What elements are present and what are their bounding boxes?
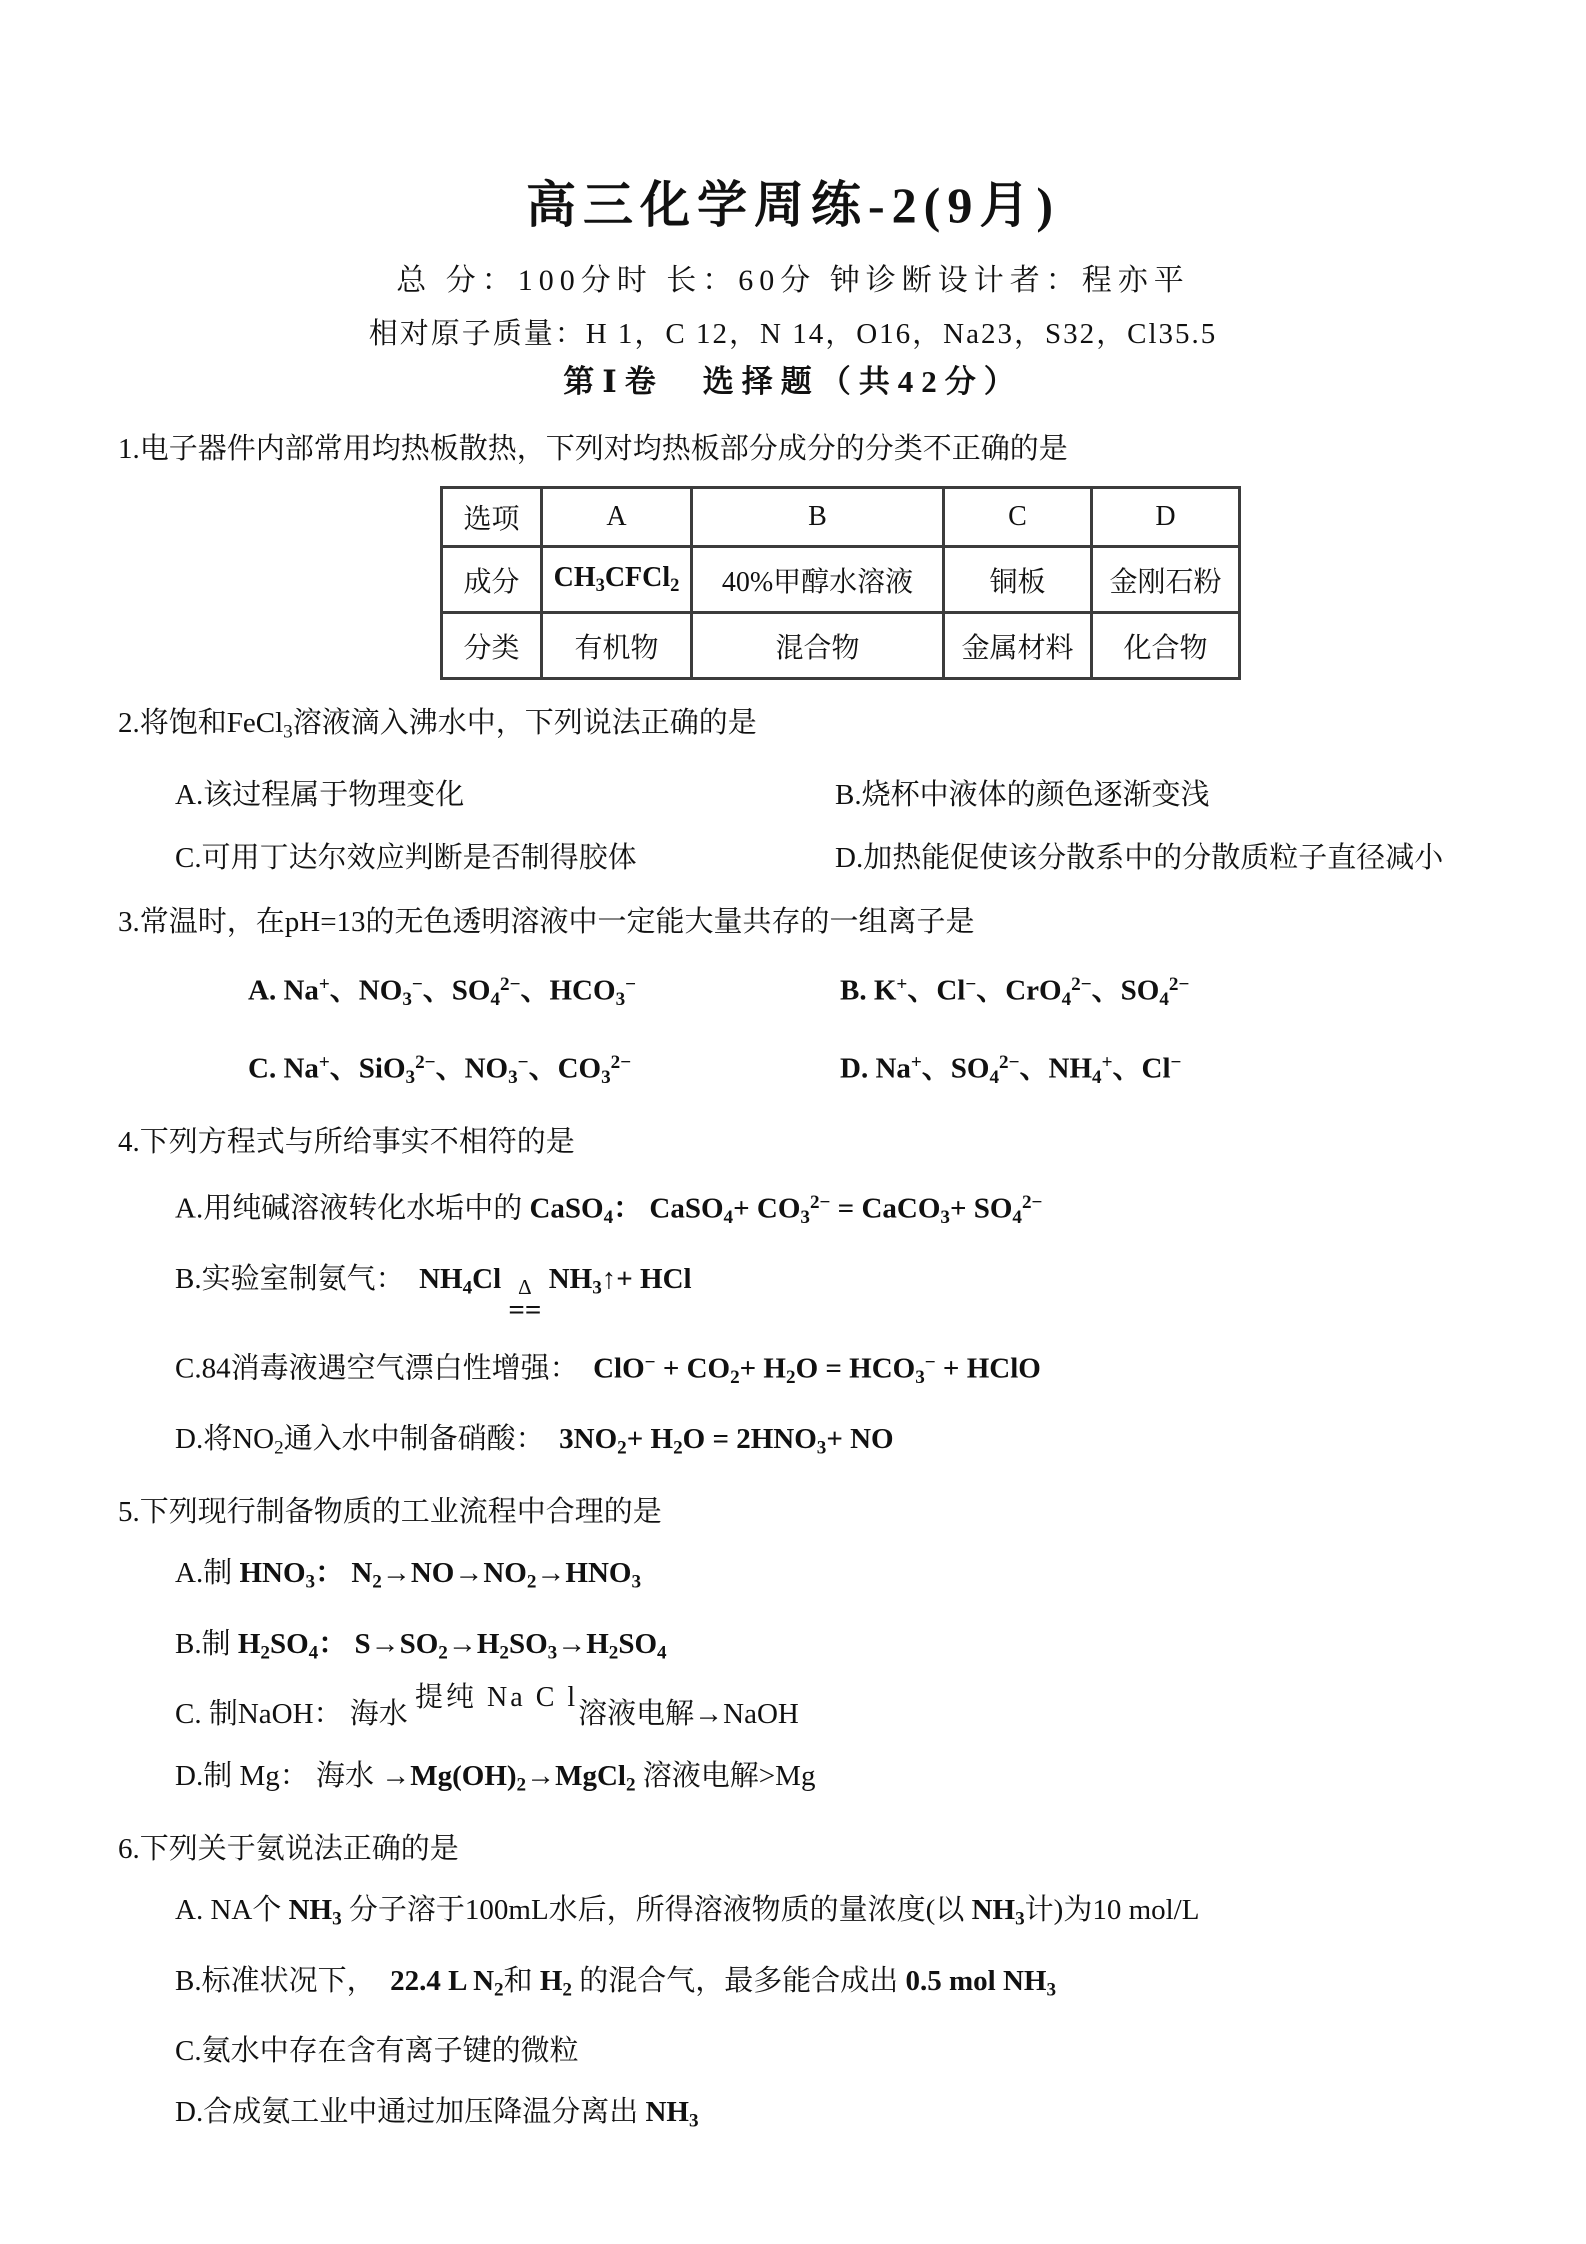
q2-options-row-1: A.该过程属于物理变化 B.烧杯中液体的颜色逐渐变浅 [175,774,1586,816]
q3-option-a: A. Na+、NO3−、SO42−、HCO3− [248,964,840,1021]
q4-option-d: D.将NO2通入水中制备硝酸： 3NO2+ H2O = 2HNO3+ NO [175,1418,1586,1469]
q5-option-c: C. 制NaOH： 海水 提纯 Na C l溶液电解→NaOH [175,1693,1586,1736]
table-cell: 金刚石粉 [1092,547,1240,613]
table-cell: 有机物 [542,613,692,679]
q4-option-a: A.用纯碱溶液转化水垢中的 CaSO4： CaSO4+ CO32− = CaCO… [175,1182,1586,1239]
table-cell: 40%甲醇水溶液 [692,547,944,613]
q6-option-d: D.合成氨工业中通过加压降温分离出 NH3 [175,2091,1586,2142]
table-header-cell: B [692,488,944,547]
q6-option-a: A. NA个 NH3 分子溶于100mL水后，所得溶液物质的量浓度(以 NH3计… [175,1889,1586,1940]
q5-option-a: A.制 HNO3： N2→NO→NO2→HNO3 [175,1552,1586,1603]
section-header: 第Ⅰ卷 选择题（共42分） [0,358,1586,406]
over-annotation: Δ== [508,1278,541,1323]
table-header-cell: A [542,488,692,547]
q6-option-c: C.氨水中存在含有离子键的微粒 [175,2030,1586,2072]
q2-option-b: B.烧杯中液体的颜色逐渐变浅 [835,774,1210,816]
table-cell: 分类 [442,613,542,679]
question-5-stem: 5.下列现行制备物质的工业流程中合理的是 [118,1491,1536,1533]
q3-options-row-1: A. Na+、NO3−、SO42−、HCO3− B. K+、Cl−、CrO42−… [248,964,1586,1021]
question-4-stem: 4.下列方程式与所给事实不相符的是 [118,1121,1536,1163]
page-title: 高三化学周练-2(9月) [0,166,1586,244]
q5-option-b: B.制 H2SO4： S→SO2→H2SO3→H2SO4 [175,1623,1586,1674]
table-header-row: 选项 A B C D [442,488,1240,547]
q3-options-row-2: C. Na+、SiO32−、NO3−、CO32− D. Na+、SO42−、NH… [248,1042,1586,1099]
table-cell: 金属材料 [944,613,1092,679]
table-header-cell: D [1092,488,1240,547]
question-2-stem: 2.将饱和FeCl3溶液滴入沸水中，下列说法正确的是 [118,702,1536,753]
table-cell: 铜板 [944,547,1092,613]
q5-option-d: D.制 Mg： 海水 →Mg(OH)2→MgCl2 溶液电解>Mg [175,1755,1586,1806]
q2-option-c: C.可用丁达尔效应判断是否制得胶体 [175,837,835,879]
q3-option-c: C. Na+、SiO32−、NO3−、CO32− [248,1042,840,1099]
q2-option-a: A.该过程属于物理变化 [175,774,835,816]
q3-option-d: D. Na+、SO42−、NH4+、Cl− [840,1042,1181,1099]
table-cell: 混合物 [692,613,944,679]
q6-option-b: B.标准状况下， 22.4 L N2和 H2 的混合气，最多能合成出 0.5 m… [175,1960,1586,2011]
table-header-cell: C [944,488,1092,547]
q2-option-d: D.加热能促使该分散系中的分散质粒子直径减小 [835,837,1443,879]
q2-options-row-2: C.可用丁达尔效应判断是否制得胶体 D.加热能促使该分散系中的分散质粒子直径减小 [175,837,1586,879]
atomic-mass-line: 相对原子质量：H 1，C 12，N 14，O16，Na23，S32，Cl35.5 [0,312,1586,356]
table-cell: 成分 [442,547,542,613]
question-6-stem: 6.下列关于氨说法正确的是 [118,1828,1536,1870]
table-cell: CH3CFCl2 [542,547,692,613]
table-header-cell: 选项 [442,488,542,547]
q4-option-b: B.实验室制氨气： NH4Cl Δ== NH3↑+ HCl [175,1258,1586,1323]
info-line: 总 分：100分时 长：60分 钟诊断设计者：程亦平 [0,258,1586,304]
question-1-table: 选项 A B C D 成分 CH3CFCl2 40%甲醇水溶液 铜板 金刚石粉 … [440,486,1241,680]
table-cell: 化合物 [1092,613,1240,679]
table-row-category: 分类 有机物 混合物 金属材料 化合物 [442,613,1240,679]
question-1-stem: 1.电子器件内部常用均热板散热，下列对均热板部分成分的分类不正确的是 [118,428,1536,470]
exam-page: 高三化学周练-2(9月) 总 分：100分时 长：60分 钟诊断设计者：程亦平 … [0,0,1586,2244]
table-row-composition: 成分 CH3CFCl2 40%甲醇水溶液 铜板 金刚石粉 [442,547,1240,613]
question-3-stem: 3.常温时，在pH=13的无色透明溶液中一定能大量共存的一组离子是 [118,901,1536,943]
q3-option-b: B. K+、Cl−、CrO42−、SO42− [840,964,1189,1021]
q4-option-c: C.84消毒液遇空气漂白性增强： ClO− + CO2+ H2O = HCO3−… [175,1342,1586,1399]
